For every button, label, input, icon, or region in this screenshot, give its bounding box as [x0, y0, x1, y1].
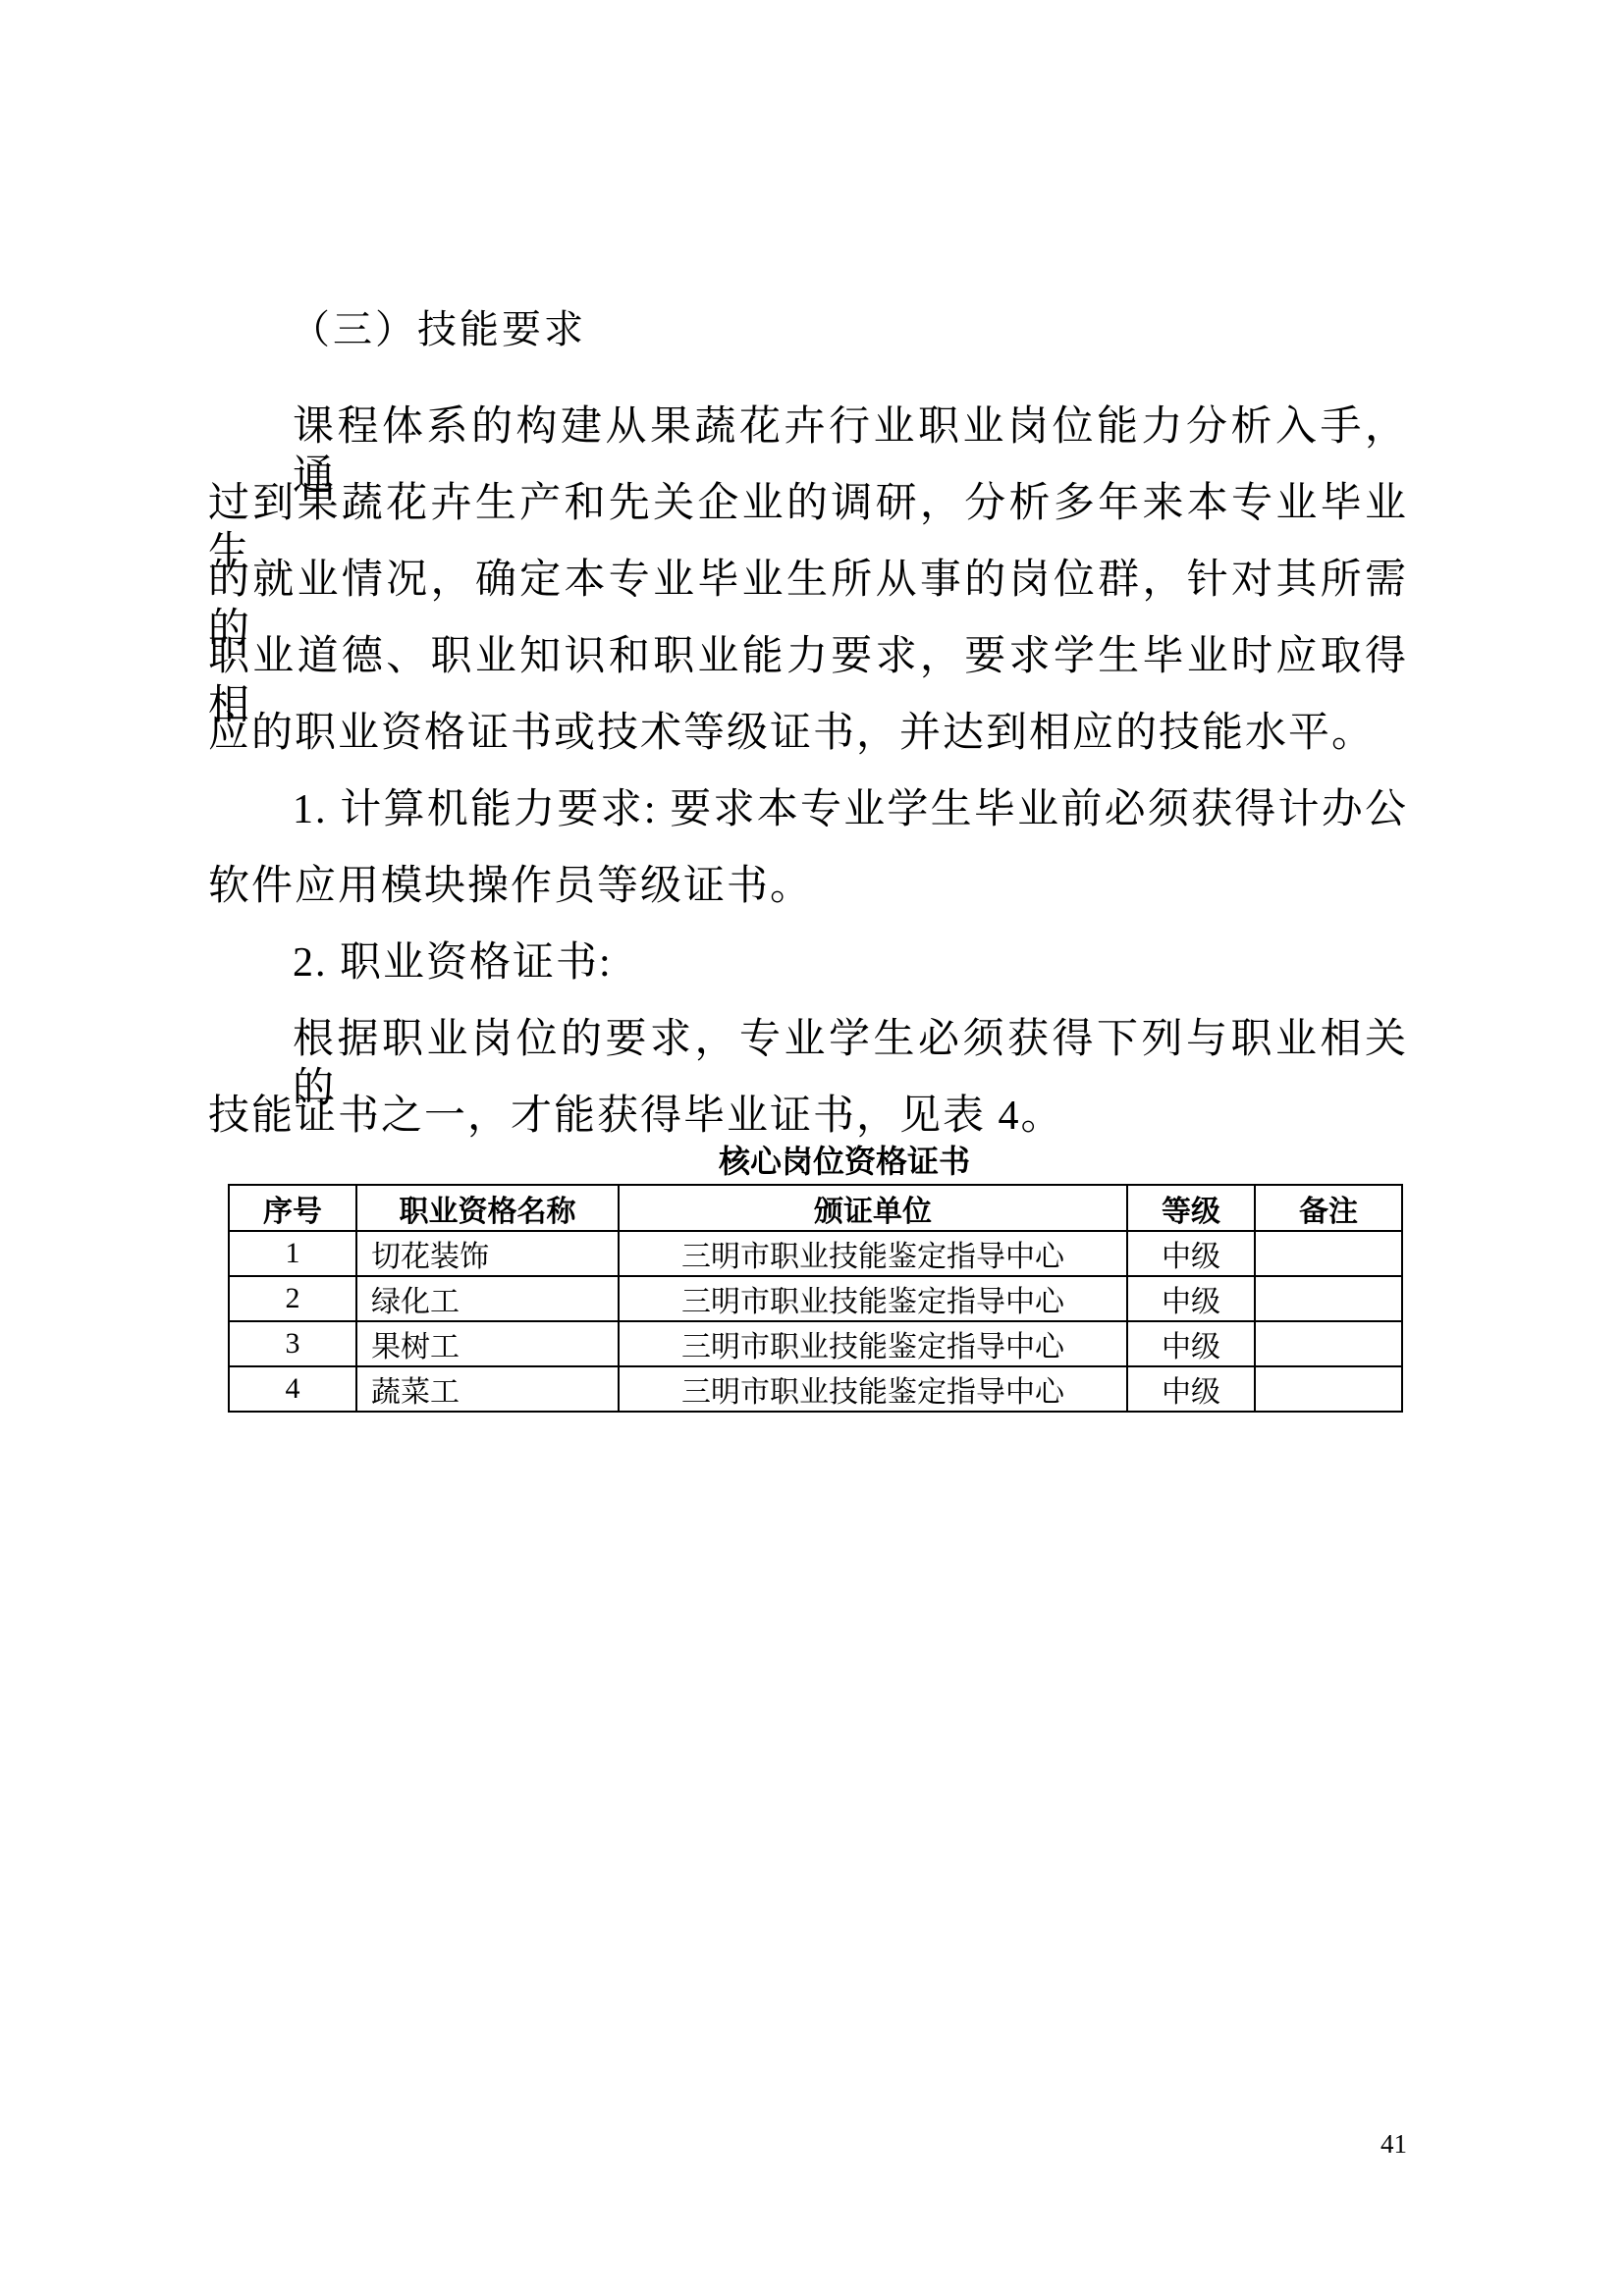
table-cell-level: 中级 [1127, 1321, 1255, 1366]
table-row: 2 绿化工 三明市职业技能鉴定指导中心 中级 [229, 1276, 1402, 1321]
table-title: 核心岗位资格证书 [550, 1143, 1139, 1180]
page-number: 41 [1380, 2128, 1407, 2160]
table-cell-level: 中级 [1127, 1366, 1255, 1412]
document-page: （三）技能要求 课程体系的构建从果蔬花卉行业职业岗位能力分析入手，通 过到果蔬花… [0, 0, 1624, 2296]
table-header-cell: 序号 [229, 1185, 356, 1231]
certificate-table: 序号 职业资格名称 颁证单位 等级 备注 1 切花装饰 三明市职业技能鉴定指导中… [228, 1184, 1403, 1413]
body-line: 1. 计算机能力要求: 要求本专业学生毕业前必须获得计办公 [208, 785, 1408, 834]
table-cell-note [1255, 1366, 1402, 1412]
table-cell-name: 绿化工 [356, 1276, 619, 1321]
table-cell-issuer: 三明市职业技能鉴定指导中心 [619, 1321, 1127, 1366]
table-cell-level: 中级 [1127, 1231, 1255, 1276]
table-cell-issuer: 三明市职业技能鉴定指导中心 [619, 1276, 1127, 1321]
table-cell-name: 果树工 [356, 1321, 619, 1366]
table-cell-note [1255, 1321, 1402, 1366]
table-cell-name: 切花装饰 [356, 1231, 619, 1276]
table-cell-level: 中级 [1127, 1276, 1255, 1321]
table-cell-name: 蔬菜工 [356, 1366, 619, 1412]
table-cell-note [1255, 1276, 1402, 1321]
table-header-row: 序号 职业资格名称 颁证单位 等级 备注 [229, 1185, 1402, 1231]
table-cell-seq: 1 [229, 1231, 356, 1276]
table-cell-seq: 3 [229, 1321, 356, 1366]
table-row: 3 果树工 三明市职业技能鉴定指导中心 中级 [229, 1321, 1402, 1366]
table-cell-seq: 2 [229, 1276, 356, 1321]
table-cell-issuer: 三明市职业技能鉴定指导中心 [619, 1231, 1127, 1276]
body-line: 2. 职业资格证书: [208, 938, 1408, 988]
section-heading: （三）技能要求 [291, 304, 586, 355]
table-row: 1 切花装饰 三明市职业技能鉴定指导中心 中级 [229, 1231, 1402, 1276]
body-line: 技能证书之一，才能获得毕业证书，见表 4。 [208, 1092, 1408, 1141]
table-header-cell: 备注 [1255, 1185, 1402, 1231]
table-header-cell: 等级 [1127, 1185, 1255, 1231]
body-line: 应的职业资格证书或技术等级证书，并达到相应的技能水平。 [208, 709, 1408, 758]
table-header-cell: 颁证单位 [619, 1185, 1127, 1231]
table-row: 4 蔬菜工 三明市职业技能鉴定指导中心 中级 [229, 1366, 1402, 1412]
body-line: 软件应用模块操作员等级证书。 [208, 862, 1408, 911]
table-header-cell: 职业资格名称 [356, 1185, 619, 1231]
table-cell-seq: 4 [229, 1366, 356, 1412]
table-cell-note [1255, 1231, 1402, 1276]
table-cell-issuer: 三明市职业技能鉴定指导中心 [619, 1366, 1127, 1412]
